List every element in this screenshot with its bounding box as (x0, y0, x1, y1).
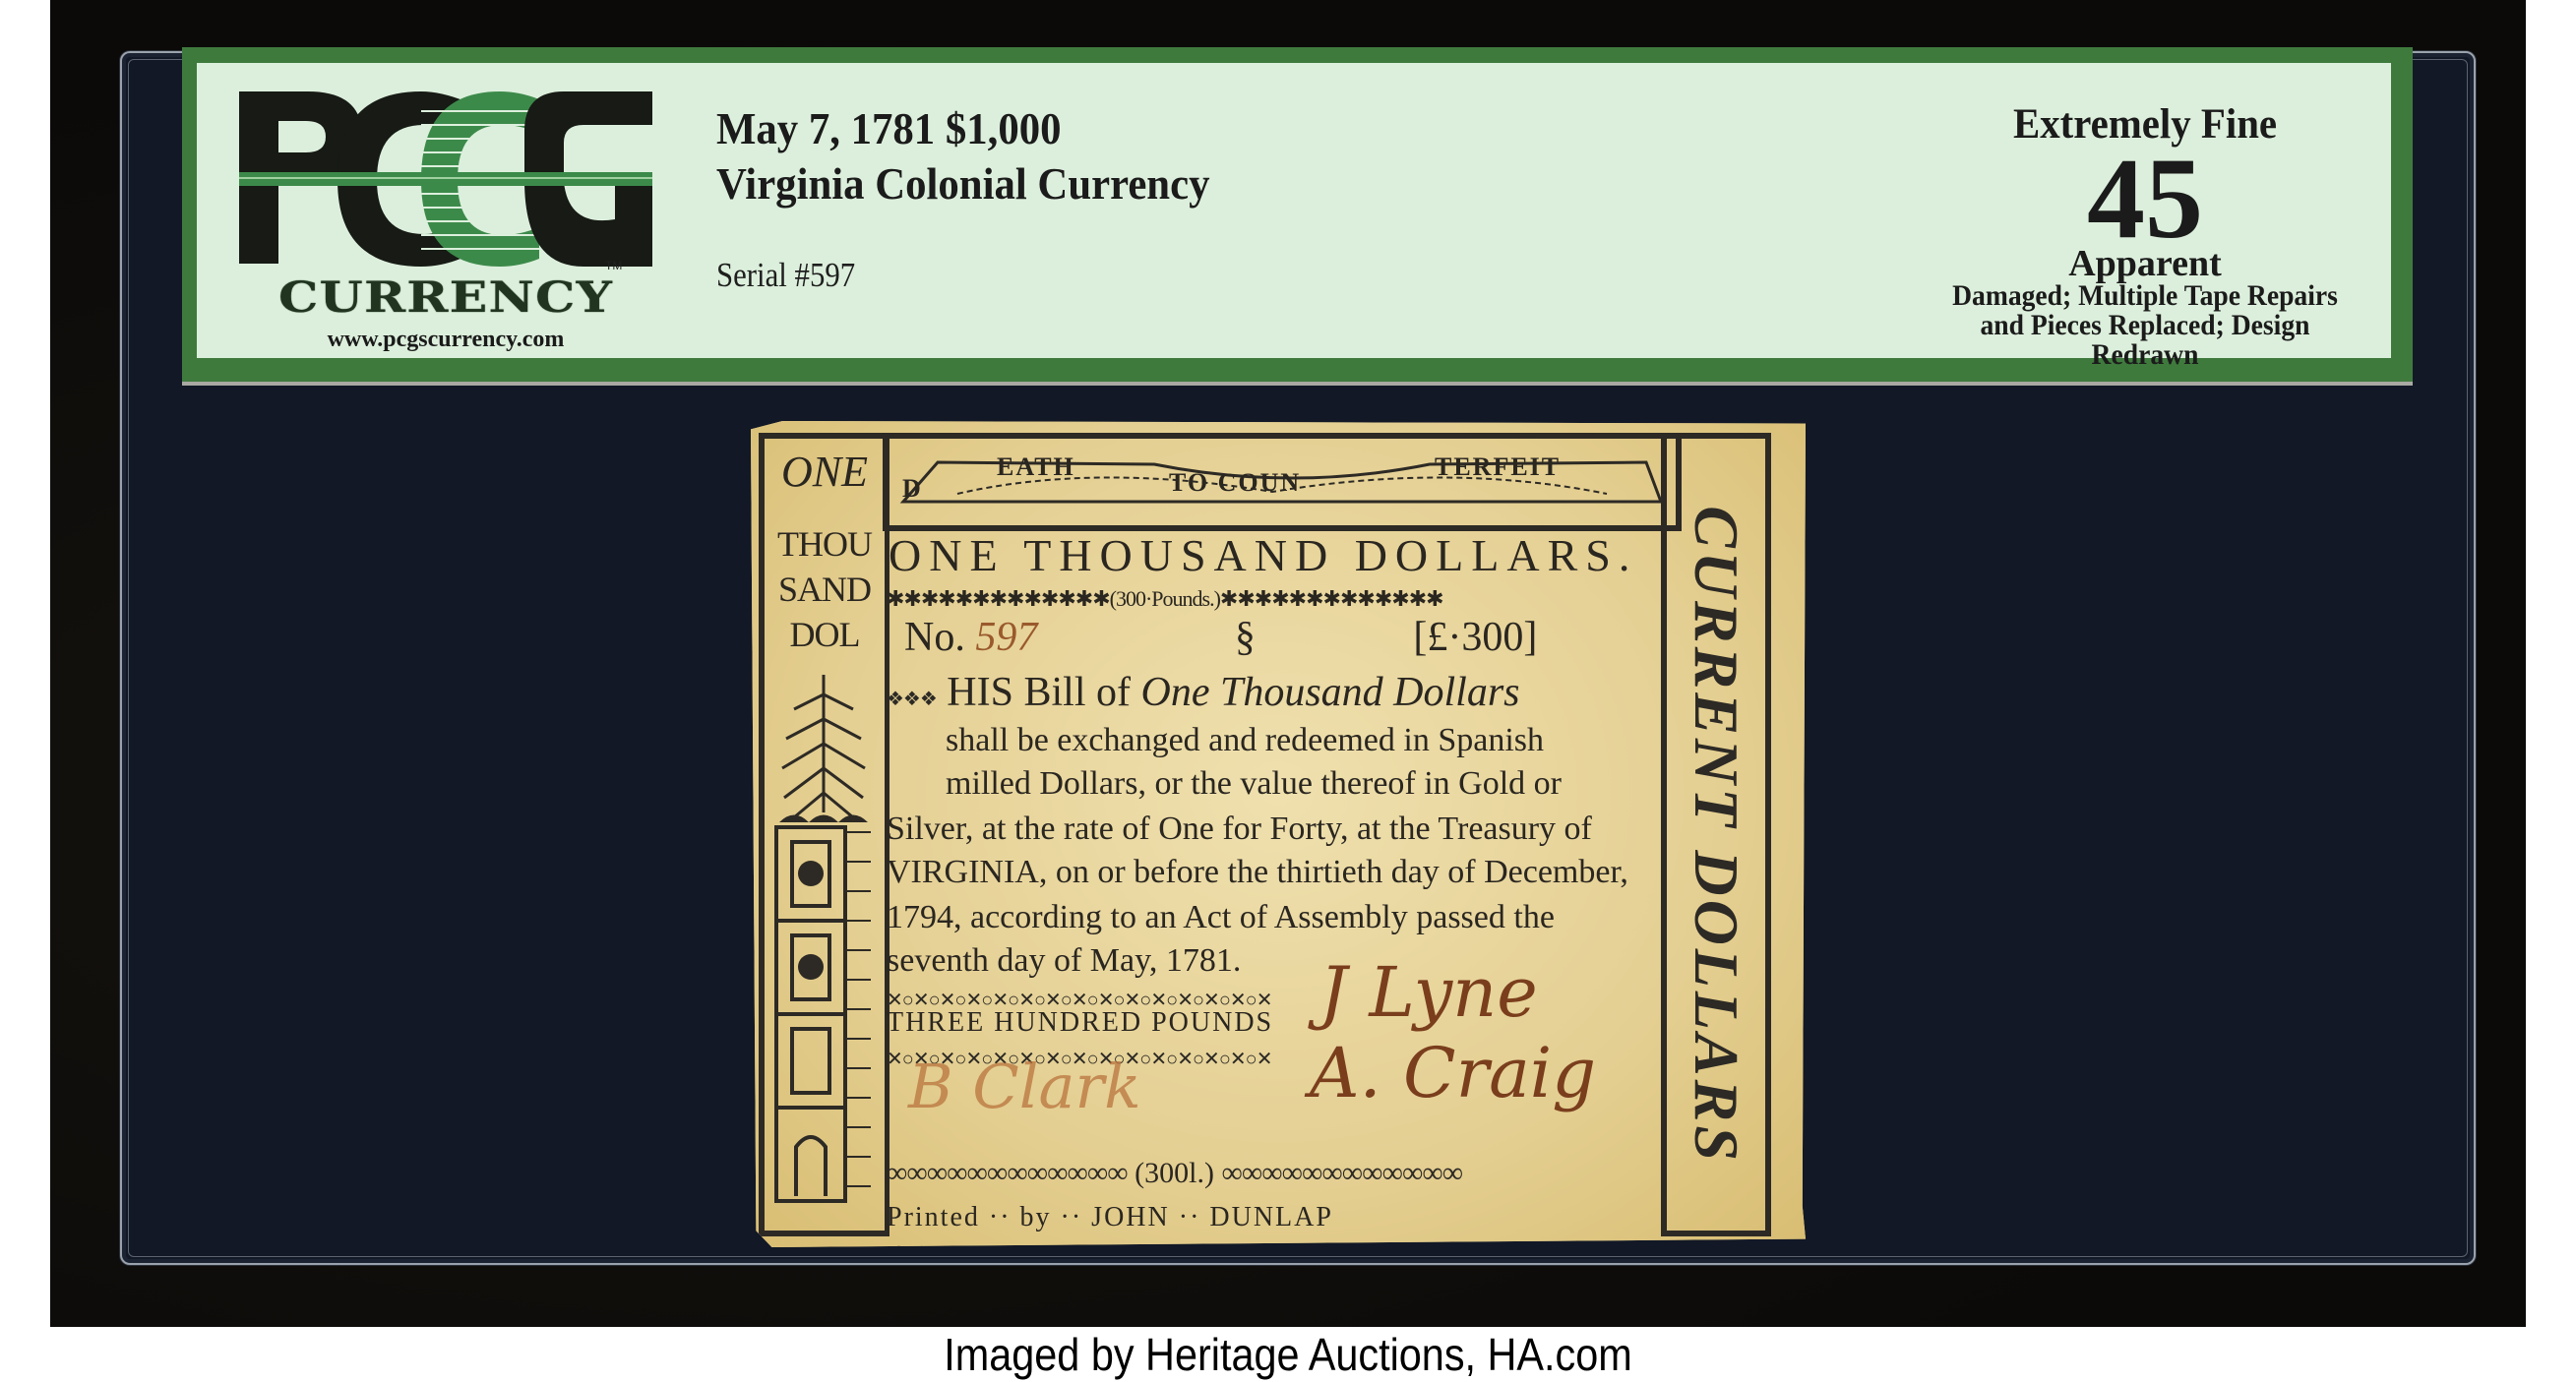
three-hundred-pounds: THREE HUNDRED POUNDS (887, 1007, 1273, 1039)
ribbon-text: EATH (997, 452, 1075, 482)
ribbon-text: TERFEIT (1435, 452, 1561, 482)
bill-prefix: HIS Bill of (947, 670, 1140, 715)
left-thousand: THOU SAND DOL (765, 521, 885, 657)
trademark: TM (605, 259, 622, 272)
serial-number: Serial #597 (716, 256, 855, 295)
grade-number: 45 (1904, 153, 2386, 244)
left-word: SAND (765, 567, 885, 612)
title-date-denomination: May 7, 1781 $1,000 (716, 101, 1209, 156)
left-word: THOU (765, 521, 885, 567)
diamond-ornament: ❖❖❖ (887, 689, 937, 710)
body-text-line: shall be exchanged and redeemed in Spani… (946, 722, 1544, 759)
body-text-line: VIRGINIA, on or before the thirtieth day… (887, 854, 1628, 891)
bill-amount: One Thousand Dollars (1140, 670, 1519, 715)
tree-and-tower-icon (774, 675, 873, 1226)
number-label: No. (904, 615, 965, 660)
grade-detail-line: Damaged; Multiple Tape Repairs (1924, 281, 2367, 311)
grade-designation: Extremely Fine (1916, 102, 2374, 148)
note-right-column: CURRENT DOLLARS (1661, 433, 1771, 1236)
grading-label: TM CURRENCY www.pcgscurrency.com May 7, … (182, 47, 2413, 386)
signature: A. Craig (1310, 1033, 1596, 1113)
banknote: ONE THOU SAND DOL (751, 421, 1806, 1247)
body-text-line: seventh day of May, 1781. (887, 942, 1241, 980)
left-word: DOL (765, 612, 885, 657)
left-one: ONE (765, 447, 885, 497)
note-title: May 7, 1781 $1,000 Virginia Colonial Cur… (716, 101, 1209, 211)
star-border: ✱✱✱✱✱✱✱✱✱✱✱✱✱(300·Pounds.)✱✱✱✱✱✱✱✱✱✱✱✱✱ (887, 586, 1443, 612)
body-text-line: 1794, according to an Act of Assembly pa… (887, 899, 1555, 936)
scroll-ornament: ∞∞∞∞∞∞∞∞∞∞∞∞ (1221, 1157, 1462, 1189)
body-text-line: Silver, at the rate of One for Forty, at… (887, 811, 1592, 848)
handwritten-serial: 597 (975, 615, 1037, 660)
star-ornament: ✱✱✱✱✱✱✱✱✱✱✱✱✱ (887, 586, 1110, 611)
signature: J Lyne (1319, 952, 1538, 1033)
signature: B Clark (908, 1051, 1141, 1122)
small-amount: (300l.) (1135, 1157, 1214, 1189)
bill-line: ❖❖❖ HIS Bill of One Thousand Dollars (887, 669, 1520, 716)
number-row: No. 597 § [£·300] (904, 614, 1537, 661)
pcgs-logo: TM CURRENCY www.pcgscurrency.com (239, 91, 652, 357)
grade-qualifier: Apparent (1904, 246, 2386, 281)
motto-banner: D EATH TO COUN TERFEIT (883, 433, 1682, 531)
amount-border: ∞∞∞∞∞∞∞∞∞∞∞∞ (300l.) ∞∞∞∞∞∞∞∞∞∞∞∞ (887, 1157, 1462, 1190)
note-heading: ONE THOUSAND DOLLARS. (889, 529, 1637, 581)
ribbon-letter: D (902, 474, 923, 504)
scroll-ornament: ∞∞∞∞∞∞∞∞∞∞∞∞ (887, 1157, 1128, 1189)
logo-url: www.pcgscurrency.com (239, 327, 652, 353)
grade-detail-line: Redrawn (1924, 340, 2367, 370)
current-dollars-text: CURRENT DOLLARS (1680, 506, 1752, 1165)
grade-block: Extremely Fine 45 Apparent Damaged; Mult… (1904, 102, 2386, 370)
image-credit: Imaged by Heritage Auctions, HA.com (129, 1327, 2447, 1382)
pound-amount: [£·300] (1413, 615, 1537, 660)
grade-detail-line: and Pieces Replaced; Design (1924, 311, 2367, 340)
star-ornament: ✱✱✱✱✱✱✱✱✱✱✱✱✱ (1220, 586, 1443, 611)
section-ornament: § (1235, 615, 1256, 660)
pcgs-letters-icon (239, 91, 652, 269)
body-text-line: milled Dollars, or the value thereof in … (946, 765, 1562, 803)
logo-wordmark: CURRENCY (202, 273, 690, 323)
pounds-text: (300·Pounds.) (1110, 586, 1220, 611)
title-series: Virginia Colonial Currency (716, 156, 1209, 211)
printer-imprint: Printed ·· by ·· JOHN ·· DUNLAP (887, 1202, 1333, 1233)
ribbon-text: TO COUN (1169, 468, 1301, 498)
note-left-column: ONE THOU SAND DOL (759, 433, 889, 1236)
label-panel: TM CURRENCY www.pcgscurrency.com May 7, … (197, 63, 2391, 358)
